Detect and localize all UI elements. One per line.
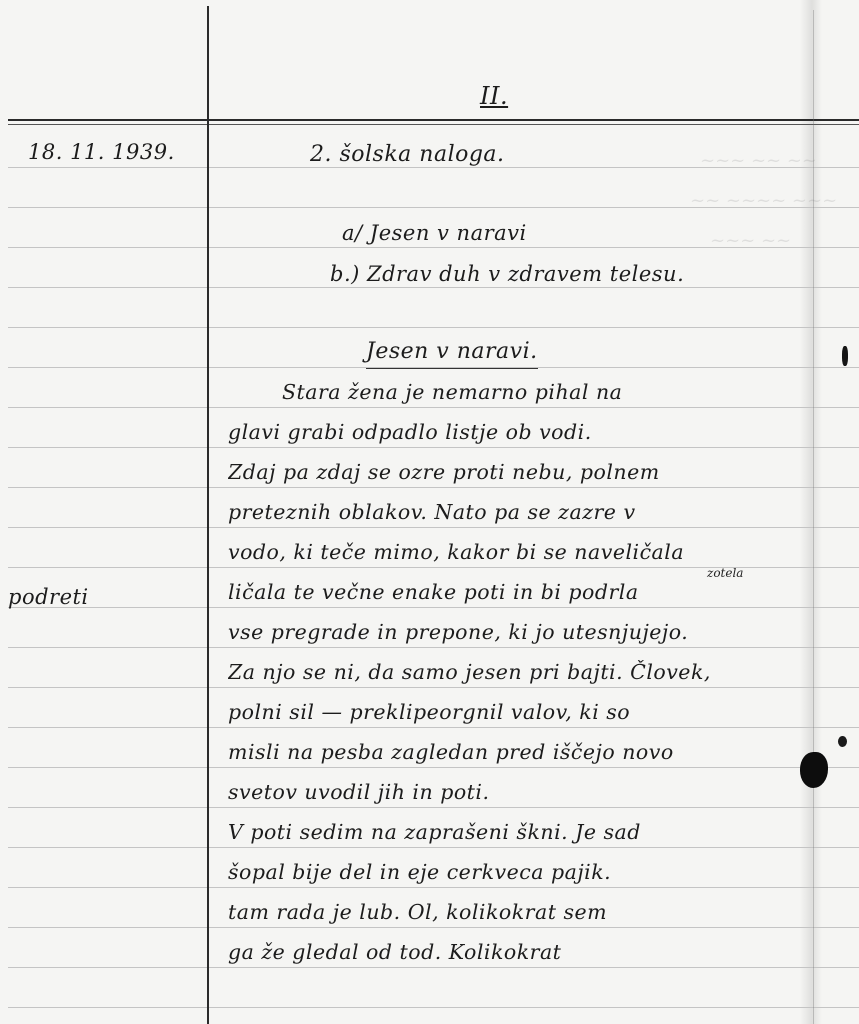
outline-item-a: a/ Jesen v naravi bbox=[342, 221, 527, 245]
body-line: šopal bije del in eje cerkveca pajik. bbox=[228, 860, 808, 884]
ruled-line bbox=[8, 407, 859, 408]
page-fold bbox=[813, 10, 814, 1024]
ruled-line bbox=[8, 847, 859, 848]
body-line: svetov uvodil jih in poti. bbox=[228, 780, 808, 804]
ruled-line bbox=[8, 247, 859, 248]
body-line: V poti sedim na zaprašeni škni. Je sad bbox=[228, 820, 808, 844]
ruled-line bbox=[8, 167, 859, 168]
body-line: ličala te večne enake poti in bi podrla bbox=[228, 580, 808, 604]
ruled-line bbox=[8, 807, 859, 808]
ink-mark bbox=[842, 346, 848, 366]
body-line: ga že gledal od tod. Kolikokrat bbox=[228, 940, 808, 964]
body-line: Za njo se ni, da samo jesen pri bajti. Č… bbox=[228, 660, 808, 684]
body-line: misli na pesba zagledan pred iščejo novo bbox=[228, 740, 808, 764]
notebook-page: ~~~ ~~ ~~ ~~ ~~~~ ~~~ ~~~ ~~ II. 18. 11.… bbox=[0, 0, 859, 1024]
ruled-line bbox=[8, 287, 859, 288]
ruled-line bbox=[8, 607, 859, 608]
entry-date: 18. 11. 1939. bbox=[28, 140, 175, 164]
body-line: vodo, ki teče mimo, kakor bi se naveliča… bbox=[228, 540, 808, 564]
body-line: Zdaj pa zdaj se ozre proti nebu, polnem bbox=[228, 460, 808, 484]
ruled-line bbox=[8, 447, 859, 448]
ruled-line bbox=[8, 207, 859, 208]
assignment-title: 2. šolska naloga. bbox=[310, 142, 505, 167]
ruled-line bbox=[8, 887, 859, 888]
ruled-line bbox=[8, 967, 859, 968]
body-line: polni sil — preklipeorgnil valov, ki so bbox=[228, 700, 808, 724]
ruled-line bbox=[8, 1007, 859, 1008]
body-line: glavi grabi odpadlo listje ob vodi. bbox=[228, 420, 808, 444]
section-heading: Jesen v naravi. bbox=[366, 339, 538, 369]
margin-note: podreti bbox=[8, 585, 89, 609]
ruled-line bbox=[8, 727, 859, 728]
outline-item-b: b.) Zdrav duh v zdravem telesu. bbox=[330, 262, 684, 286]
ruled-line bbox=[8, 327, 859, 328]
ink-blot-icon bbox=[800, 752, 828, 788]
ruled-line bbox=[8, 927, 859, 928]
body-line: Stara žena je nemarno pihal na bbox=[282, 380, 808, 404]
body-line: tam rada je lub. Ol, kolikokrat sem bbox=[228, 900, 808, 924]
page-number: II. bbox=[480, 82, 508, 110]
body-line: vse pregrade in prepone, ki jo utesnjuje… bbox=[228, 620, 808, 644]
ruled-line bbox=[8, 687, 859, 688]
ink-spot-icon bbox=[838, 736, 847, 747]
body-line: preteznih oblakov. Nato pa se zazre v bbox=[228, 500, 808, 524]
ruled-line bbox=[8, 647, 859, 648]
ruled-line bbox=[8, 527, 859, 528]
ruled-line bbox=[8, 487, 859, 488]
inserted-word: zotela bbox=[707, 566, 743, 580]
header-rule bbox=[8, 119, 859, 121]
ruled-line bbox=[8, 767, 859, 768]
header-rule bbox=[8, 124, 859, 125]
margin-line bbox=[207, 6, 209, 1024]
